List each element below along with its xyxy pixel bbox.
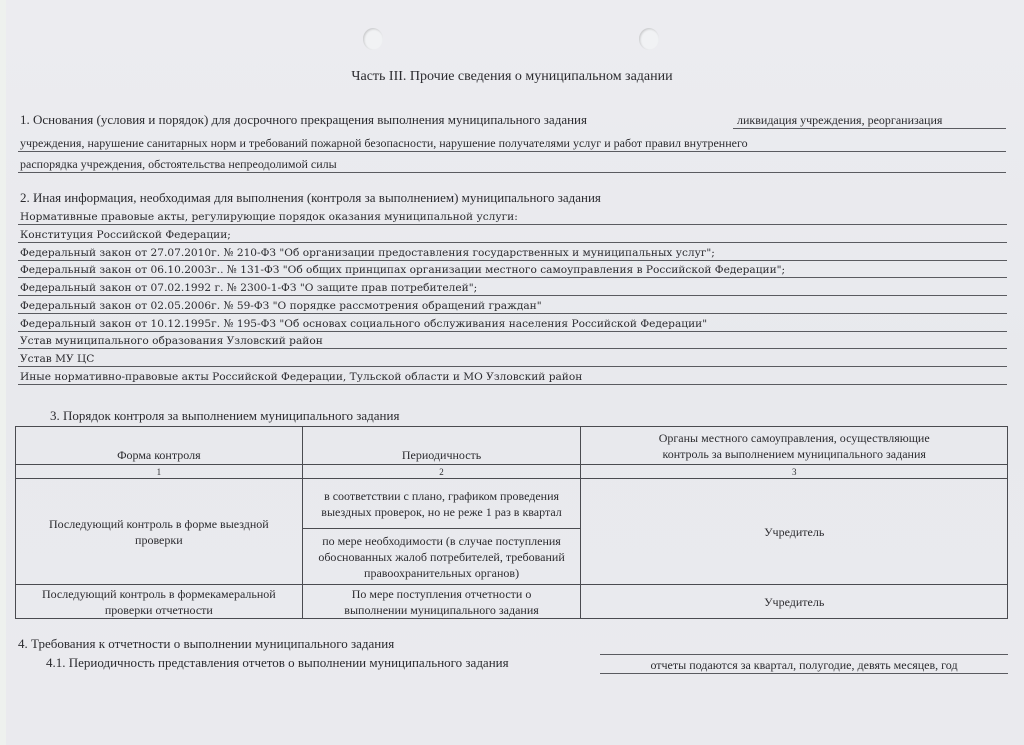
row2-form: Последующий контроль в формекамеральной … (16, 585, 303, 619)
underline (18, 348, 1007, 349)
underline (18, 366, 1007, 367)
section1-value-line1: ликвидация учреждения, реорганизация (737, 113, 942, 127)
column-number: 3 (581, 465, 1008, 479)
row2-periodicity: По мере поступления отчетности о выполне… (302, 585, 581, 619)
table-row: Последующий контроль в форме выездной пр… (16, 479, 1008, 529)
table-number-row: 1 2 3 (16, 465, 1008, 479)
punch-hole-icon (363, 28, 383, 50)
underline (18, 277, 1007, 278)
underline (18, 384, 1007, 385)
underline (18, 260, 1007, 261)
header-form: Форма контроля (16, 427, 303, 465)
table-row: Последующий контроль в формекамеральной … (16, 585, 1008, 619)
scanned-page: Часть III. Прочие сведения о муниципальн… (0, 0, 1024, 745)
regulation-line: Устав МУ ЦС (20, 352, 94, 366)
page-edge (0, 0, 6, 745)
page-title: Часть III. Прочие сведения о муниципальн… (0, 70, 1024, 84)
section4-1-label: 4.1. Периодичность представления отчетов… (46, 656, 509, 670)
regulation-line: Устав муниципального образования Узловск… (20, 334, 323, 348)
header-periodicity: Периодичность (302, 427, 581, 465)
regulation-line: Конституция Российской Федерации; (20, 228, 231, 242)
underline (18, 224, 1007, 225)
regulation-line: Федеральный закон от 06.10.2003г.. № 131… (20, 263, 785, 277)
row1-form: Последующий контроль в форме выездной пр… (16, 479, 303, 585)
section1-value-line2: учреждения, нарушение санитарных норм и … (20, 136, 748, 150)
underline (600, 673, 1008, 674)
table-header-row: Форма контроля Периодичность Органы мест… (16, 427, 1008, 465)
section4-1-value: отчеты подаются за квартал, полугодие, д… (600, 658, 1008, 672)
control-table: Форма контроля Периодичность Органы мест… (15, 426, 1008, 619)
row1-periodicity-1: в соответствии с плано, графиком проведе… (302, 479, 581, 529)
row1-periodicity-2: по мере необходимости (в случае поступле… (302, 529, 581, 585)
regulation-line: Нормативные правовые акты, регулирующие … (20, 210, 518, 224)
section3-label: 3. Порядок контроля за выполнением муниц… (50, 409, 399, 423)
column-number: 2 (302, 465, 581, 479)
column-number: 1 (16, 465, 303, 479)
regulation-line: Федеральный закон от 10.12.1995г. № 195-… (20, 317, 707, 331)
row2-authority: Учредитель (581, 585, 1008, 619)
regulation-line: Федеральный закон от 07.02.1992 г. № 230… (20, 281, 477, 295)
underline (733, 128, 1006, 129)
section2-label: 2. Иная информация, необходимая для выпо… (20, 191, 601, 205)
underline (18, 313, 1007, 314)
underline (18, 242, 1007, 243)
underline (18, 151, 1006, 152)
section1-value-line3: распорядка учреждения, обстоятельства не… (20, 157, 337, 171)
regulation-line: Федеральный закон от 27.07.2010г. № 210-… (20, 246, 715, 260)
row1-authority: Учредитель (581, 479, 1008, 585)
header-authority: Органы местного самоуправления, осуществ… (581, 427, 1008, 465)
regulation-line: Федеральный закон от 02.05.2006г. № 59-Ф… (20, 299, 542, 313)
underline (600, 654, 1008, 655)
underline (18, 172, 1006, 173)
punch-hole-icon (639, 28, 659, 50)
section1-label: 1. Основания (условия и порядок) для дос… (20, 113, 587, 127)
section4-label: 4. Требования к отчетности о выполнении … (18, 637, 394, 651)
regulation-line: Иные нормативно-правовые акты Российской… (20, 370, 582, 384)
underline (18, 295, 1007, 296)
underline (18, 331, 1007, 332)
